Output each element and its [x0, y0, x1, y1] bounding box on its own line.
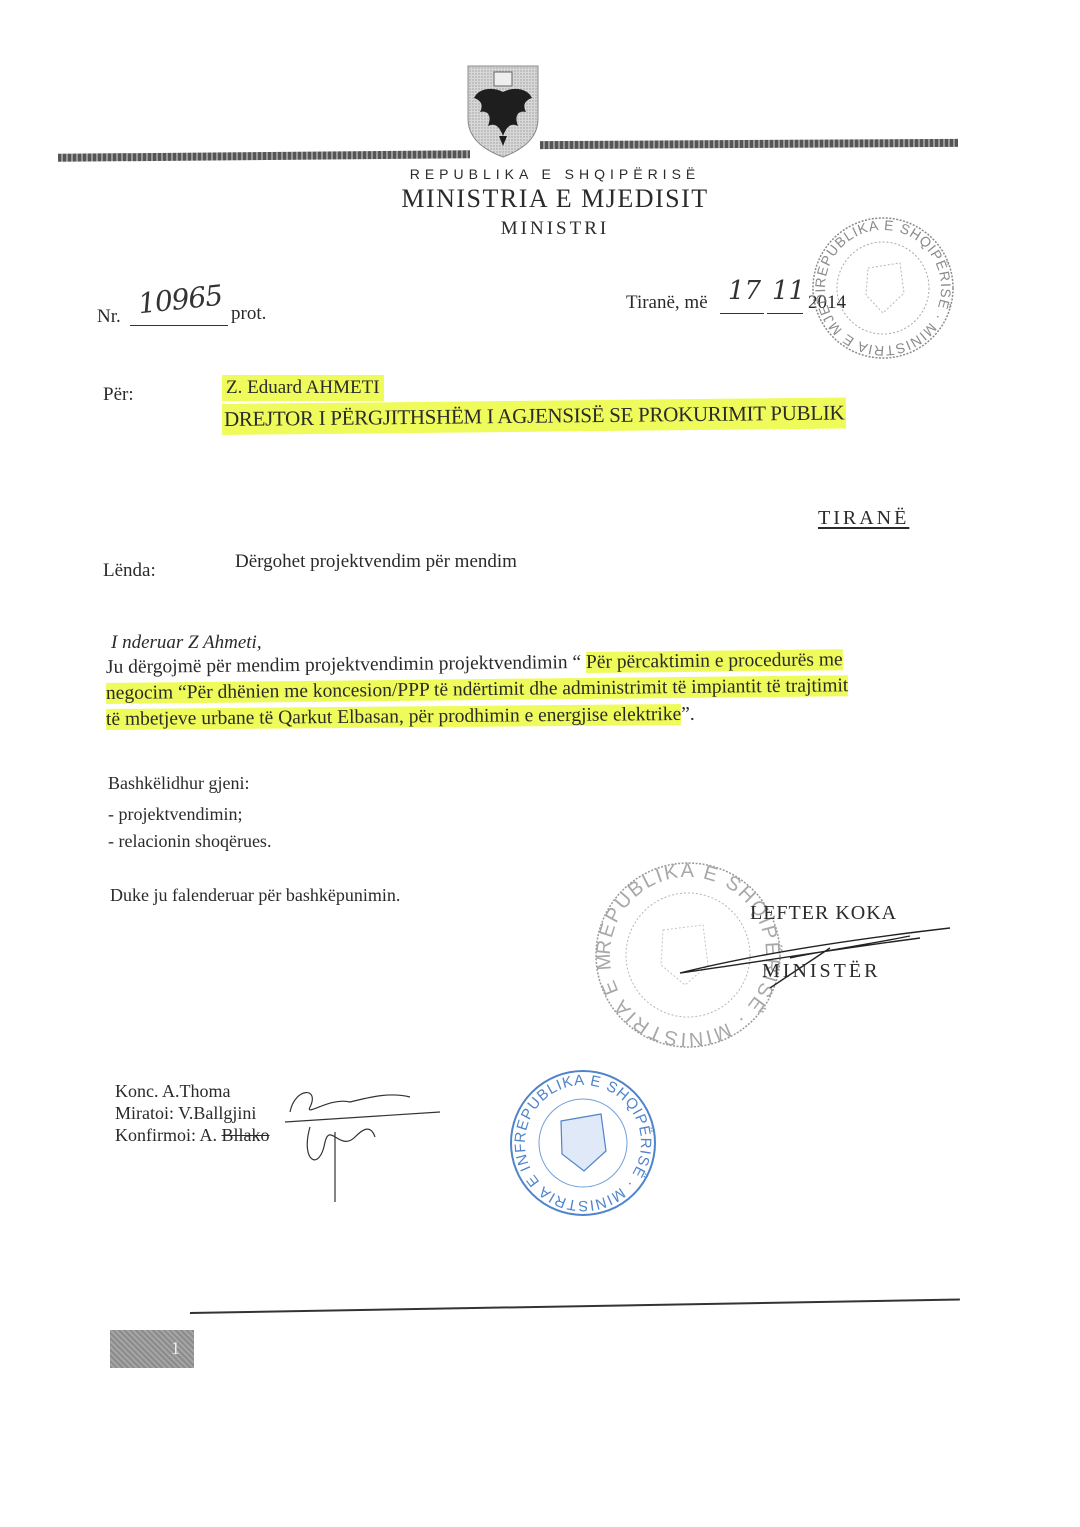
protocol-number-handwritten: 10965 — [137, 279, 224, 321]
confirmed-by: Konfirmoi: A. Bllako — [115, 1124, 270, 1146]
date-month-handwritten: 11 — [772, 276, 805, 306]
subject-value: Dërgohet projektvendim për mendim — [235, 551, 517, 573]
header-rule-right — [540, 139, 958, 149]
date-day-underline — [720, 313, 764, 314]
secretariat-stamp-gray: REPUBLIKA E SHQIPËRISË · MINISTRIA E MJE… — [808, 213, 958, 363]
header-rule-left — [58, 150, 470, 162]
footer-rule — [190, 1299, 960, 1314]
body-highlight-1: Për përcaktimin e procedurës me — [586, 649, 843, 673]
signer-role: MINISTËR — [762, 960, 880, 983]
recipient-title: DREJTOR I PËRGJITHSHËM I AGJENSISË SE PR… — [222, 397, 847, 435]
albanian-coat-of-arms-emblem — [466, 64, 540, 159]
subject-label: Lënda: — [103, 560, 156, 582]
date-label: Tiranë, më — [626, 292, 708, 314]
page-number-badge: 1 — [110, 1330, 194, 1368]
date-day-handwritten: 17 — [728, 276, 761, 306]
protocol-label: prot. — [231, 303, 266, 325]
drafted-by: Konc. A.Thoma — [115, 1080, 270, 1102]
infrastructure-ministry-stamp: REPUBLIKA E SHQIPËRISË · MINISTRIA E INF… — [506, 1066, 661, 1221]
protocol-number-underline — [130, 325, 228, 326]
attachments-list: - projektvendimin; - relacionin shoqërue… — [108, 801, 271, 855]
body-highlight-3: të mbetjeve urbane të Qarkut Elbasan, pë… — [106, 704, 681, 730]
date-month-underline — [767, 313, 803, 314]
body-paragraph: Ju dërgojmë për mendim projektvendimin p… — [106, 655, 946, 733]
attachments-title: Bashkëlidhur gjeni: — [108, 773, 249, 794]
approved-by: Miratoi: V.Ballgjini — [115, 1102, 270, 1124]
salutation: I nderuar Z Ahmeti, — [111, 632, 262, 654]
attachment-item: - projektvendimin; — [108, 801, 271, 828]
republic-heading: REPUBLIKA E SHQIPËRISË — [0, 166, 1080, 182]
recipient-name: Z. Eduard AHMETI — [222, 375, 384, 401]
body-highlight-2: negocim “Për dhënien me koncesion/PPP të… — [106, 675, 849, 704]
recipient-city: TIRANË — [818, 507, 909, 530]
recipient-label: Për: — [103, 384, 134, 406]
ministry-heading: MINISTRIA E MJEDISIT — [0, 184, 1080, 214]
attachment-item: - relacionin shoqërues. — [108, 828, 271, 855]
approval-signatures — [280, 1082, 450, 1202]
svg-text:REPUBLIKA E SHQIPËRISË · MINIS: REPUBLIKA E SHQIPËRISË · MINISTRIA E MJE… — [808, 213, 954, 359]
protocol-number-label: Nr. — [97, 306, 121, 328]
closing-line: Duke ju falenderuar për bashkëpunimin. — [110, 885, 400, 906]
approvals-block: Konc. A.Thoma Miratoi: V.Ballgjini Konfi… — [115, 1080, 270, 1146]
